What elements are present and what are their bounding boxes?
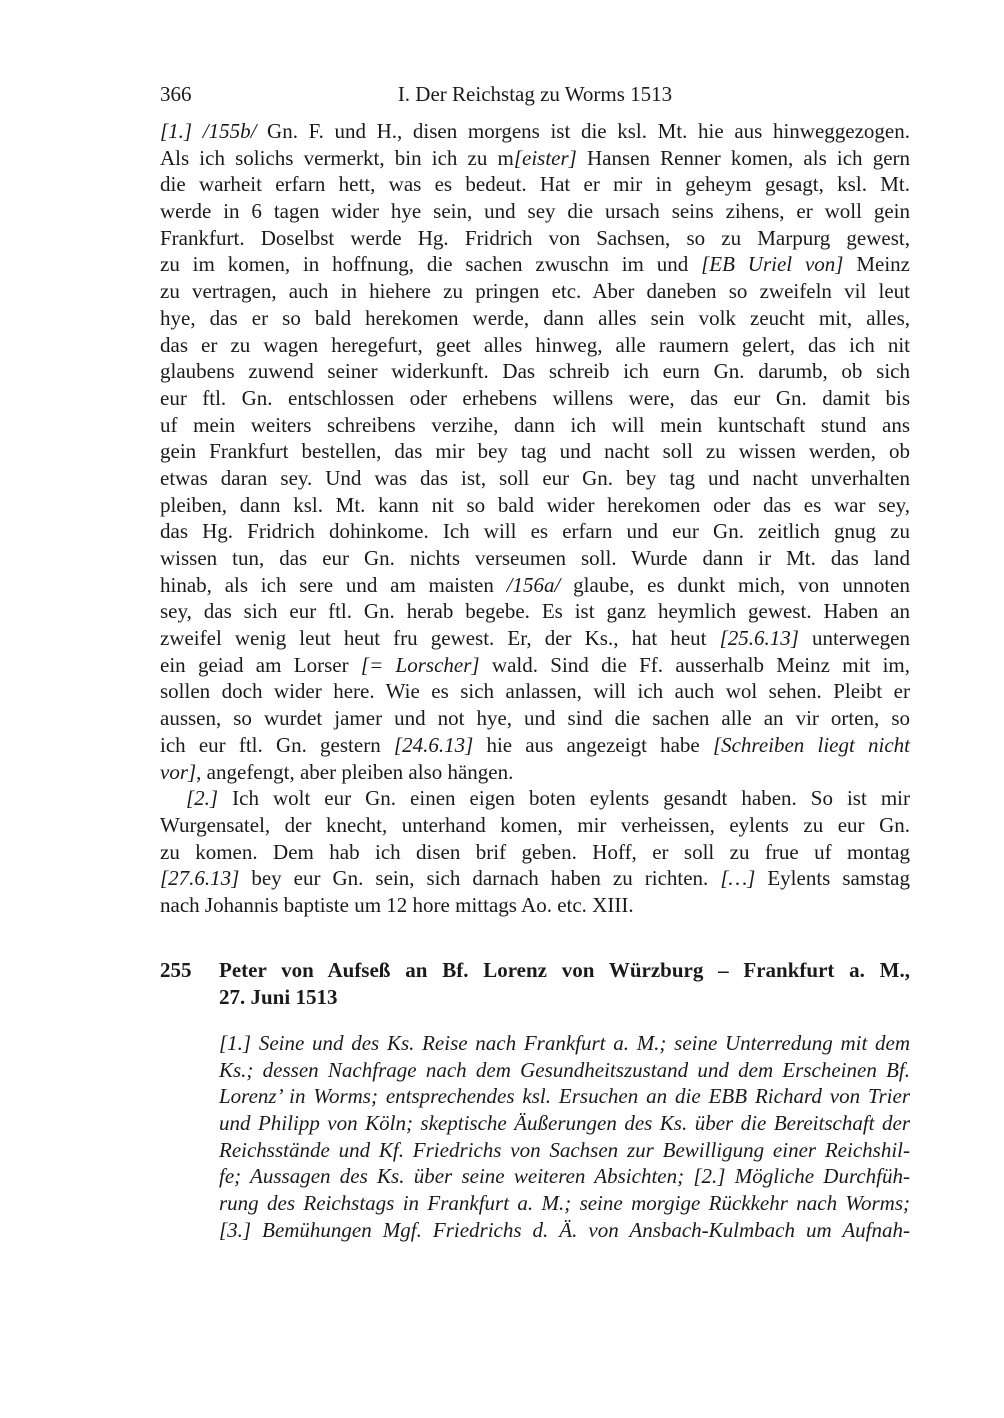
body-line: pleiben, dann ksl. Mt. kann nit so bald … — [160, 492, 910, 519]
body-line: vor], angefengt, aber pleiben also hänge… — [160, 759, 910, 786]
body-line: das er zu wagen heregefurt, geet alles h… — [160, 332, 910, 359]
editorial-annotation: [1.] /155b/ — [160, 119, 256, 143]
body-text: sollen doch wider here. Wie es sich anla… — [160, 679, 910, 703]
editorial-annotation: [Schreiben liegt nicht — [713, 733, 910, 757]
body-line: hye, das er so bald herekomen werde, dan… — [160, 305, 910, 332]
body-line: sollen doch wider here. Wie es sich anla… — [160, 678, 910, 705]
body-line: werde in 6 tagen wider hye sein, und sey… — [160, 198, 910, 225]
body-line: [1.] /155b/ Gn. F. und H., disen morgens… — [160, 118, 910, 145]
body-text: Hansen Renner komen, als ich gern — [577, 146, 910, 170]
editorial-annotation: [24.6.13] — [394, 733, 473, 757]
summary-line: fe; Aussagen des Ks. über seine weiteren… — [219, 1163, 910, 1190]
summary-line: Reichsstände und Kf. Friedrichs von Sach… — [219, 1137, 910, 1164]
editorial-annotation: [EB Uriel von] — [701, 252, 843, 276]
body-line: [2.] Ich wolt eur Gn. einen eigen boten … — [160, 785, 910, 812]
body-text: wissen tun, das eur Gn. nichts verseumen… — [160, 546, 910, 570]
body-text: Eylents samstag — [755, 866, 910, 890]
summary-line: rung des Reichstags in Frankfurt a. M.; … — [219, 1190, 910, 1217]
body-text: werde in 6 tagen wider hye sein, und sey… — [160, 199, 910, 223]
editorial-annotation: [27.6.13] — [160, 866, 239, 890]
body-text: hie aus angezeigt habe — [473, 733, 713, 757]
body-text: das Hg. Fridrich dohinkome. Ich will es … — [160, 519, 910, 543]
body-line: Frankfurt. Doselbst werde Hg. Fridrich v… — [160, 225, 910, 252]
editorial-annotation: [= Lorscher] — [361, 653, 480, 677]
body-line: zu komen. Dem hab ich disen brif geben. … — [160, 839, 910, 866]
body-line: ich eur ftl. Gn. gestern [24.6.13] hie a… — [160, 732, 910, 759]
body-text: nach Johannis baptiste um 12 hore mittag… — [160, 893, 634, 917]
body-text: etwas daran sey. Und was das ist, soll e… — [160, 466, 910, 490]
body-line: [27.6.13] bey eur Gn. sein, sich darnach… — [160, 865, 910, 892]
document-title-line: 27. Juni 1513 — [219, 984, 910, 1011]
body-text: ein geiad am Lorser — [160, 653, 361, 677]
body-text: eur ftl. Gn. entschlossen oder erhebens … — [160, 386, 910, 410]
body-line: zu vertragen, auch in hiehere zu pringen… — [160, 278, 910, 305]
summary-line: Ks.; dessen Nachfrage nach dem Gesundhei… — [219, 1057, 910, 1084]
running-title: I. Der Reichstag zu Worms 1513 — [160, 80, 910, 108]
body-text: hye, das er so bald herekomen werde, dan… — [160, 306, 910, 330]
body-line: die warheit erfarn hett, was es bedeut. … — [160, 171, 910, 198]
editorial-annotation: […] — [720, 866, 755, 890]
body-text: Ich wolt eur Gn. einen eigen boten eylen… — [218, 786, 910, 810]
document-title-line: Peter von Aufseß an Bf. Lorenz von Würzb… — [219, 957, 910, 984]
running-head: 366 I. Der Reichstag zu Worms 1513 — [160, 80, 910, 108]
body-line: uf mein weiters schreibens verzihe, dann… — [160, 412, 910, 439]
body-line: das Hg. Fridrich dohinkome. Ich will es … — [160, 518, 910, 545]
body-text: Gn. F. und H., disen morgens ist die ksl… — [256, 119, 910, 143]
document-title: Peter von Aufseß an Bf. Lorenz von Würzb… — [219, 957, 910, 1010]
document-summary: [1.] Seine und des Ks. Reise nach Frankf… — [219, 1030, 910, 1244]
body-text: glaube, es dunkt mich, von unnoten — [560, 573, 910, 597]
body-line: ein geiad am Lorser [= Lorscher] wald. S… — [160, 652, 910, 679]
body-text: zweifel wenig leut heut fru gewest. Er, … — [160, 626, 720, 650]
body-text: ich eur ftl. Gn. gestern — [160, 733, 394, 757]
body-text: Frankfurt. Doselbst werde Hg. Fridrich v… — [160, 226, 910, 250]
body-line: nach Johannis baptiste um 12 hore mittag… — [160, 892, 910, 919]
editorial-annotation: [2.] — [186, 786, 218, 810]
editorial-annotation: /156a/ — [507, 573, 561, 597]
body-line: sey, das sich eur ftl. Gn. herab begebe.… — [160, 598, 910, 625]
body-text: Als ich solichs vermerkt, bin ich zu m — [160, 146, 514, 170]
body-text: unterwegen — [799, 626, 910, 650]
document-number: 255 — [160, 957, 192, 984]
editorial-annotation: vor] — [160, 760, 196, 784]
body-text: das er zu wagen heregefurt, geet alles h… — [160, 333, 910, 357]
body-line: wissen tun, das eur Gn. nichts verseumen… — [160, 545, 910, 572]
body-text: aussen, so wurdet jamer und not hye, und… — [160, 706, 910, 730]
body-line: etwas daran sey. Und was das ist, soll e… — [160, 465, 910, 492]
body-text: zu komen. Dem hab ich disen brif geben. … — [160, 840, 910, 864]
body-line: zu im komen, in hoffnung, die sachen zwu… — [160, 251, 910, 278]
body-line: aussen, so wurdet jamer und not hye, und… — [160, 705, 910, 732]
body-text: pleiben, dann ksl. Mt. kann nit so bald … — [160, 493, 910, 517]
editorial-annotation: [eister] — [514, 146, 577, 170]
summary-line: [1.] Seine und des Ks. Reise nach Frankf… — [219, 1030, 910, 1057]
body-line: Als ich solichs vermerkt, bin ich zu m[e… — [160, 145, 910, 172]
body-line: glaubens zuwend seiner widerkunft. Das s… — [160, 358, 910, 385]
body-text: uf mein weiters schreibens verzihe, dann… — [160, 413, 910, 437]
summary-line: [3.] Bemühungen Mgf. Friedrichs d. Ä. vo… — [219, 1217, 910, 1244]
body-line: hinab, als ich sere und am maisten /156a… — [160, 572, 910, 599]
body-text: hinab, als ich sere und am maisten — [160, 573, 507, 597]
body-text: zu im komen, in hoffnung, die sachen zwu… — [160, 252, 701, 276]
body-text: die warheit erfarn hett, was es bedeut. … — [160, 172, 910, 196]
body-line: Wurgensatel, der knecht, unterhand komen… — [160, 812, 910, 839]
body-text: gein Frankfurt bestellen, das mir bey ta… — [160, 439, 910, 463]
body-text: Wurgensatel, der knecht, unterhand komen… — [160, 813, 910, 837]
editorial-annotation: [25.6.13] — [720, 626, 799, 650]
body-line: zweifel wenig leut heut fru gewest. Er, … — [160, 625, 910, 652]
body-text: Meinz — [843, 252, 910, 276]
body-text: wald. Sind die Ff. ausserhalb Meinz mit … — [480, 653, 910, 677]
body-line: eur ftl. Gn. entschlossen oder erhebens … — [160, 385, 910, 412]
body-text: , angefengt, aber pleiben also hängen. — [196, 760, 513, 784]
summary-line: und Philipp von Köln; skeptische Äußerun… — [219, 1110, 910, 1137]
body-text: bey eur Gn. sein, sich darnach haben zu … — [239, 866, 720, 890]
body-text: glaubens zuwend seiner widerkunft. Das s… — [160, 359, 910, 383]
summary-line: Lorenz’ in Worms; entsprechendes ksl. Er… — [219, 1083, 910, 1110]
body-text: sey, das sich eur ftl. Gn. herab begebe.… — [160, 599, 910, 623]
body-line: gein Frankfurt bestellen, das mir bey ta… — [160, 438, 910, 465]
letter-body-text: [1.] /155b/ Gn. F. und H., disen morgens… — [160, 118, 910, 919]
body-text: zu vertragen, auch in hiehere zu pringen… — [160, 279, 910, 303]
